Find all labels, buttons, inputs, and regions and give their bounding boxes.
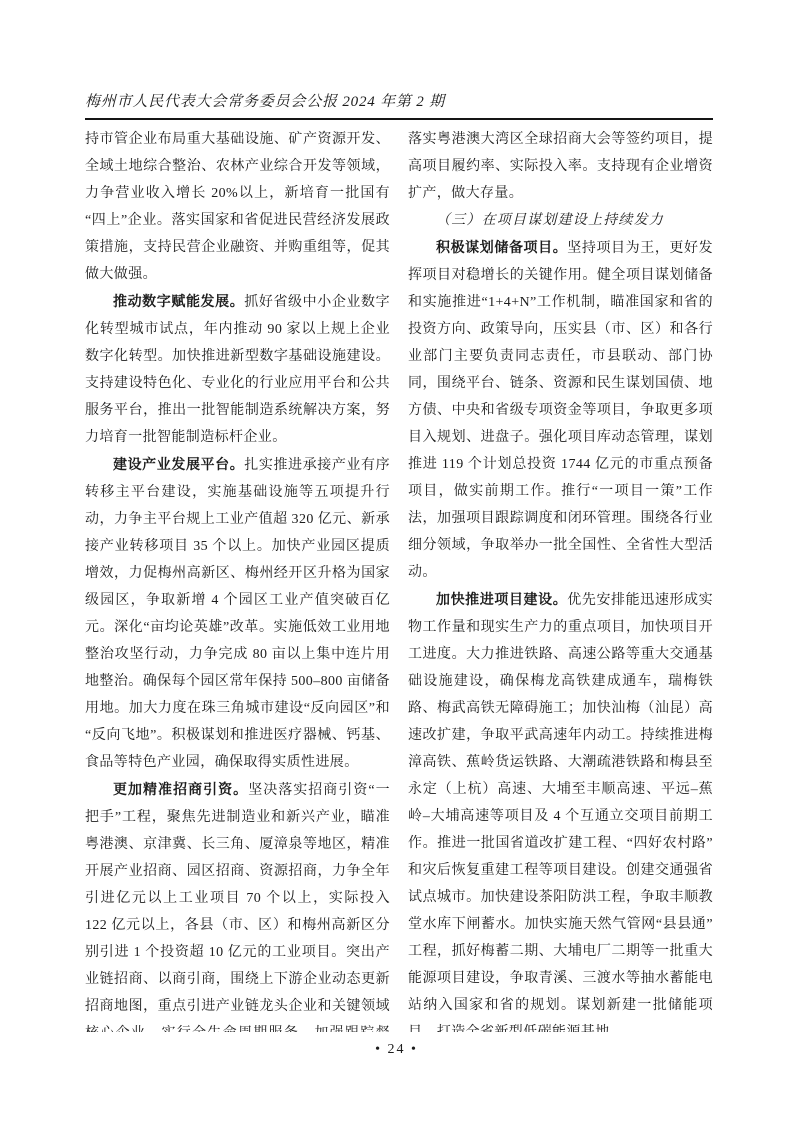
paragraph-body: 扎实推进承接产业有序转移主平台建设，实施基础设施等五项提升行动，力争主平台规上工… — [85, 458, 390, 770]
page-footer: • 24 • — [0, 1042, 793, 1058]
paragraph: 建设产业发展平台。扎实推进承接产业有序转移主平台建设，实施基础设施等五项提升行动… — [85, 451, 390, 776]
paragraph: 推动数字赋能发展。抓好省级中小企业数字化转型城市试点，年内推动 90 家以上规上… — [85, 288, 390, 451]
right-column: 落实粤港澳大湾区全球招商大会等签约项目，提高项目履约率、实际投入率。支持现有企业… — [408, 126, 713, 1032]
page-number: • 24 • — [375, 1042, 418, 1057]
paragraph: 更加精准招商引资。坚决落实招商引资“一把手”工程，聚焦先进制造业和新兴产业，瞄准… — [85, 776, 390, 1032]
paragraph-continuation: 落实粤港澳大湾区全球招商大会等签约项目，提高项目履约率、实际投入率。支持现有企业… — [408, 126, 713, 207]
header-title: 梅州市人民代表大会常务委员会公报 2024 年第 2 期 — [85, 90, 713, 111]
document-body: 持市管企业布局重大基础设施、矿产资源开发、全域土地综合整治、农林产业综合开发等领… — [85, 126, 713, 1032]
paragraph: 加快推进项目建设。优先安排能迅速形成实物工作量和现实生产力的重点项目，加快项目开… — [408, 586, 713, 1032]
paragraph-body: 优先安排能迅速形成实物工作量和现实生产力的重点项目，加快项目开工进度。大力推进铁… — [408, 593, 713, 1032]
paragraph-body: 抓好省级中小企业数字化转型城市试点，年内推动 90 家以上规上企业数字化转型。加… — [85, 295, 390, 445]
paragraph-continuation: 持市管企业布局重大基础设施、矿产资源开发、全域土地综合整治、农林产业综合开发等领… — [85, 126, 390, 288]
section-heading: （三）在项目谋划建设上持续发力 — [408, 207, 713, 234]
left-column: 持市管企业布局重大基础设施、矿产资源开发、全域土地综合整治、农林产业综合开发等领… — [85, 126, 390, 1032]
paragraph-lead: 积极谋划储备项目。 — [436, 239, 567, 255]
paragraph-lead: 加快推进项目建设。 — [436, 591, 567, 607]
paragraph: 积极谋划储备项目。坚持项目为王，更好发挥项目对稳增长的关键作用。健全项目谋划储备… — [408, 234, 713, 586]
paragraph-lead: 更加精准招商引资。 — [113, 781, 248, 797]
paragraph-body: 坚持项目为王，更好发挥项目对稳增长的关键作用。健全项目谋划储备和实施推进“1+4… — [408, 241, 713, 580]
paragraph-lead: 建设产业发展平台。 — [113, 456, 244, 472]
page-header: 梅州市人民代表大会常务委员会公报 2024 年第 2 期 — [85, 90, 713, 120]
paragraph-body: 坚决落实招商引资“一把手”工程，聚焦先进制造业和新兴产业，瞄准粤港澳、京津冀、长… — [85, 783, 390, 1032]
header-divider — [85, 118, 713, 120]
document-page: 梅州市人民代表大会常务委员会公报 2024 年第 2 期 持市管企业布局重大基础… — [0, 0, 793, 1122]
paragraph-lead: 推动数字赋能发展。 — [113, 293, 244, 309]
